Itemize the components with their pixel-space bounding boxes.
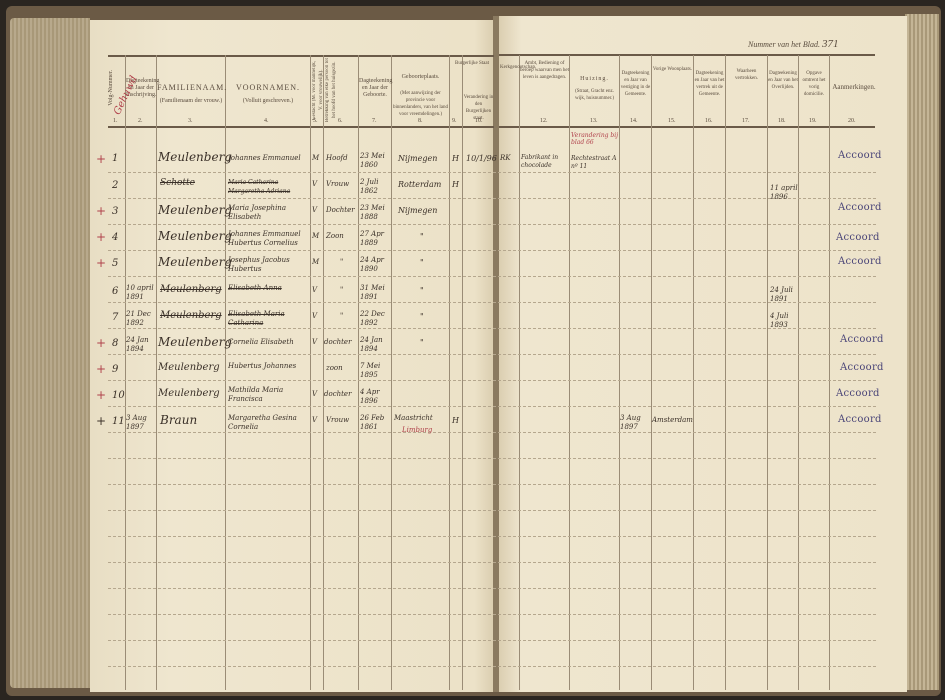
- row-number: 1: [112, 153, 118, 164]
- col-num: 16.: [705, 118, 713, 124]
- accoord-stamp: Accoord: [836, 232, 880, 243]
- header-bottom-rule-right: [499, 126, 875, 128]
- birth-date: 23 Mei 1888: [360, 204, 390, 222]
- row-divider: [108, 562, 878, 563]
- page-number: Nummer van het Blad. 371: [748, 38, 839, 50]
- header-overlijden: Dagteekening en Jaar van het Overlijden.: [768, 70, 798, 91]
- sex: V: [312, 416, 317, 424]
- civil-status: H: [452, 180, 459, 189]
- header-kerkgenootschap: Kerkgenootschap.: [500, 64, 518, 71]
- surname: Meulenberg: [158, 388, 220, 399]
- surname: Schotte: [160, 178, 195, 188]
- sex: V: [312, 390, 317, 398]
- given-names: Mathilda Maria Francisca: [228, 386, 308, 404]
- header-waarheen: Waarheen vertrokken.: [726, 68, 767, 82]
- birthplace: Maastricht: [394, 414, 433, 422]
- column-divider: [156, 55, 157, 690]
- header-huizing-sub: (Straat, Gracht enz. wijk, huisnummer.): [570, 88, 619, 102]
- header-betrekking: Betrekking van elke persoon tot het hoof…: [324, 58, 358, 122]
- given-names: Maria Josephina Elisabeth: [228, 204, 308, 222]
- relation: ": [340, 258, 343, 266]
- col-num: 19.: [809, 118, 817, 124]
- column-divider: [619, 55, 620, 690]
- column-divider: [798, 55, 799, 690]
- relation: Dochter: [326, 206, 355, 214]
- row-number: 10: [112, 390, 125, 401]
- row-number: 2: [112, 180, 118, 191]
- registration-date: 21 Dec 1892: [126, 310, 156, 328]
- row-mark: +: [96, 256, 106, 270]
- header-vorige-woonplaats: Vorige Woonplaats.: [652, 66, 693, 73]
- accoord-stamp: Accoord: [840, 362, 884, 373]
- column-divider: [125, 55, 126, 690]
- column-divider: [323, 55, 324, 690]
- surname: Meulenberg: [160, 310, 222, 321]
- col-num: 3.: [188, 118, 193, 124]
- birthplace-province: Limburg: [402, 426, 432, 434]
- sex: V: [312, 312, 317, 320]
- given-names: Hubertus Johannes: [228, 362, 296, 370]
- birthplace: Rotterdam: [398, 180, 441, 189]
- registration-date: 24 Jan 1894: [126, 336, 156, 354]
- header-geboorte: Dagteekening en Jaar der Geboorte.: [359, 78, 391, 99]
- accoord-stamp: Accoord: [838, 256, 882, 267]
- col-num: 1.: [113, 118, 118, 124]
- row-divider: [108, 276, 878, 277]
- row-divider: [108, 484, 878, 485]
- relation: Hoofd: [326, 154, 348, 162]
- church: RK: [500, 154, 511, 162]
- relation: zoon: [326, 364, 343, 372]
- accoord-stamp: Accoord: [840, 334, 884, 345]
- row-divider: [108, 406, 878, 407]
- header-familienaam: FAMILIENAAM.: [157, 84, 225, 91]
- birthplace: ": [420, 232, 424, 241]
- relation: ": [340, 312, 343, 320]
- address: Rechtestraat A nº 11: [571, 155, 619, 171]
- row-mark: +: [96, 230, 106, 244]
- registration-date: 10 april 1891: [126, 284, 156, 302]
- death-date: 24 Juli 1891: [770, 286, 798, 304]
- row-divider: [108, 250, 878, 251]
- accoord-stamp: Accoord: [838, 150, 882, 161]
- header-ambt: Ambt, Bediening of beroep waarvan men he…: [520, 60, 569, 81]
- birth-date: 27 Apr 1889: [360, 230, 390, 248]
- column-divider: [569, 55, 570, 690]
- row-divider: [108, 458, 878, 459]
- header-familienaam-sub: (Familienaam der vrouw.): [157, 98, 225, 105]
- relation: dochter: [324, 390, 351, 398]
- col-num: 15.: [668, 118, 676, 124]
- col-num: 4.: [264, 118, 269, 124]
- previous-residence: Amsterdam: [652, 416, 693, 424]
- column-divider: [449, 55, 450, 690]
- accoord-stamp: Accoord: [836, 388, 880, 399]
- col-num: 20.: [848, 118, 856, 124]
- occupation: Fabrikant in chocolade: [521, 154, 569, 170]
- column-divider: [725, 55, 726, 690]
- header-huizing: Huizing.: [570, 76, 619, 83]
- row-mark: +: [96, 152, 106, 166]
- column-divider: [358, 55, 359, 690]
- col-num: 5.: [313, 118, 318, 124]
- row-divider: [108, 640, 878, 641]
- sex: M: [312, 258, 319, 266]
- header-voornamen-sub: (Volluit geschreven.): [226, 98, 310, 105]
- surname: Meulenberg: [158, 255, 232, 269]
- row-number: 6: [112, 286, 118, 297]
- page-number-label: Nummer van het Blad.: [748, 40, 820, 49]
- sex: V: [312, 338, 317, 346]
- row-mark: +: [96, 414, 106, 428]
- header-burgerlijke-staat: Burgerlijke Staat: [450, 60, 494, 67]
- column-divider: [829, 55, 830, 690]
- column-divider: [310, 55, 311, 690]
- birth-date: 26 Feb 1861: [360, 414, 390, 432]
- row-number: 8: [112, 338, 118, 349]
- column-divider: [767, 55, 768, 690]
- sex: M: [312, 154, 319, 162]
- sex: V: [312, 180, 317, 188]
- column-divider: [651, 55, 652, 690]
- row-divider: [108, 302, 878, 303]
- surname: Meulenberg: [158, 229, 232, 243]
- row-number: 9: [112, 364, 118, 375]
- left-page: [90, 20, 495, 692]
- given-names: Elisabeth Maria Catharina: [228, 310, 308, 328]
- birth-date: 24 Apr 1890: [360, 256, 390, 274]
- civil-status: H: [452, 416, 459, 425]
- birth-date: 23 Mei 1860: [360, 152, 390, 170]
- header-domicilie: Opgave omtrent het vorig domicilie.: [799, 70, 829, 98]
- col-num: 18.: [778, 118, 786, 124]
- page-edges-left: [10, 18, 90, 688]
- header-voornamen: VOORNAMEN.: [226, 84, 310, 91]
- col-num: 12.: [540, 118, 548, 124]
- column-divider: [462, 55, 463, 690]
- header-geboorteplaats-sub: (Met aanwijzing der provincie voor binne…: [392, 90, 449, 118]
- row-divider: [108, 614, 878, 615]
- row-divider: [108, 536, 878, 537]
- col-num: 17.: [742, 118, 750, 124]
- header-top-rule-right: [499, 54, 875, 56]
- col-num: 2.: [138, 118, 143, 124]
- sex: V: [312, 286, 317, 294]
- header-vertrek: Dagteekening en Jaar van het vertrek uit…: [694, 70, 725, 98]
- row-number: 7: [112, 312, 118, 323]
- civil-status: H: [452, 154, 459, 163]
- column-divider: [391, 55, 392, 690]
- row-divider: [108, 224, 878, 225]
- row-number: 4: [112, 232, 118, 243]
- row-number: 5: [112, 258, 118, 269]
- col-num: 10.: [475, 118, 483, 124]
- address-note: Verandering bij blad 66: [571, 132, 619, 146]
- header-bottom-rule-left: [108, 126, 494, 128]
- row-number: 3: [112, 206, 118, 217]
- header-geboorteplaats: Geboorteplaats.: [392, 74, 449, 81]
- row-divider: [108, 666, 878, 667]
- row-number: 11: [112, 416, 125, 427]
- relation: Zoon: [326, 232, 344, 240]
- birth-date: 24 Jan 1894: [360, 336, 390, 354]
- accoord-stamp: Accoord: [838, 414, 882, 425]
- col-num: 13.: [590, 118, 598, 124]
- given-names: Johannes Emmanuel Hubertus Cornelius: [228, 230, 308, 248]
- surname: Meulenberg: [158, 362, 220, 373]
- sex: V: [312, 206, 317, 214]
- header-top-rule-left: [108, 55, 494, 57]
- col-num: 9.: [452, 118, 457, 124]
- birth-date: 22 Dec 1892: [360, 310, 390, 328]
- page-edges-right: [905, 14, 939, 690]
- surname: Meulenberg: [158, 150, 232, 164]
- birthplace: ": [420, 286, 424, 295]
- col-num: 7.: [372, 118, 377, 124]
- relation: ": [340, 286, 343, 294]
- birthplace: ": [420, 338, 424, 347]
- death-date: 11 april 1896: [770, 184, 798, 202]
- row-divider: [108, 172, 878, 173]
- col-num: 6.: [338, 118, 343, 124]
- given-names: Cornelia Elisabeth: [228, 338, 294, 346]
- row-divider: [108, 328, 878, 329]
- row-divider: [108, 380, 878, 381]
- civil-change: 10/1/96: [466, 154, 497, 163]
- given-names: Johannes Emmanuel: [228, 154, 301, 162]
- row-divider: [108, 198, 878, 199]
- given-names: Josephus Jacobus Hubertus: [228, 256, 308, 274]
- row-divider: [108, 510, 878, 511]
- birthplace: ": [420, 312, 424, 321]
- row-divider: [108, 588, 878, 589]
- header-geslacht: Geslacht (M. voor mannelijk, V. voor vro…: [311, 58, 323, 122]
- given-names: Elisabeth Anna: [228, 284, 282, 292]
- relation: Vrouw: [326, 180, 349, 188]
- settlement-date: 3 Aug 1897: [620, 414, 651, 432]
- birthplace: Nijmegen: [398, 154, 437, 163]
- relation: Vrouw: [326, 416, 349, 424]
- column-divider: [693, 55, 694, 690]
- row-divider: [108, 432, 878, 433]
- birthplace: Nijmegen: [398, 206, 437, 215]
- surname: Meulenberg: [158, 335, 232, 349]
- surname: Meulenberg: [160, 284, 222, 295]
- relation: dochter: [324, 338, 351, 346]
- birthplace: ": [420, 258, 424, 267]
- row-mark: +: [96, 204, 106, 218]
- column-divider: [519, 55, 520, 690]
- header-aanmerkingen: Aanmerkingen.: [830, 84, 878, 91]
- given-names: Maria Catharina Margaretha Adriana: [228, 178, 308, 196]
- death-date: 4 Juli 1893: [770, 312, 798, 330]
- header-vestiging: Dagteekening en Jaar van vestiging in de…: [620, 70, 651, 98]
- accoord-stamp: Accoord: [838, 202, 882, 213]
- col-num: 14.: [630, 118, 638, 124]
- surname: Braun: [160, 413, 197, 427]
- birth-date: 4 Apr 1896: [360, 388, 390, 406]
- birth-date: 31 Mei 1891: [360, 284, 390, 302]
- given-names: Margaretha Gesina Cornelia: [228, 414, 308, 432]
- row-mark: +: [96, 388, 106, 402]
- sex: M: [312, 232, 319, 240]
- registration-date: 3 Aug 1897: [126, 414, 156, 432]
- row-mark: +: [96, 362, 106, 376]
- surname: Meulenberg: [158, 203, 232, 217]
- birth-date: 2 Juli 1862: [360, 178, 390, 196]
- row-divider: [108, 354, 878, 355]
- row-mark: +: [96, 336, 106, 350]
- col-num: 8.: [418, 118, 423, 124]
- birth-date: 7 Mei 1895: [360, 362, 390, 380]
- page-number-value: 371: [822, 38, 839, 50]
